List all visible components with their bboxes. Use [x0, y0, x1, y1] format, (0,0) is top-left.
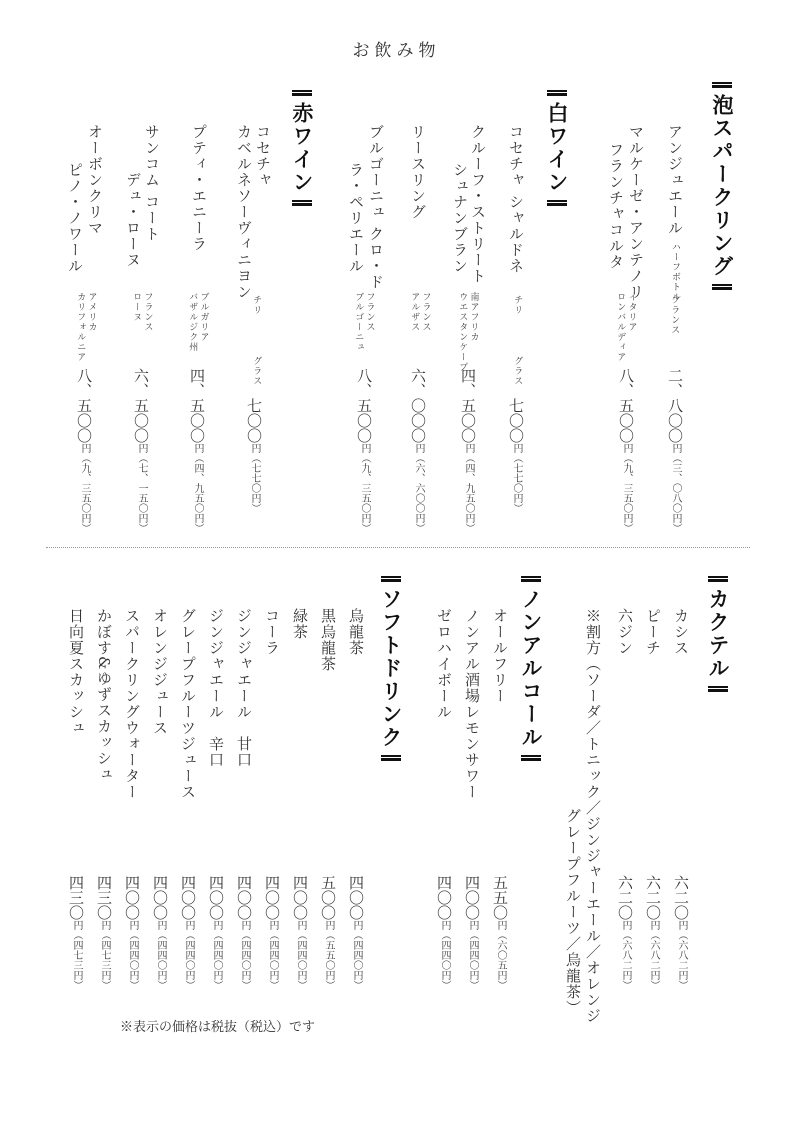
menu-item-name: サンコム コート — [144, 124, 159, 242]
menu-item-name: コセチャ — [255, 124, 270, 188]
menu-item-name: 六ジン — [617, 608, 632, 656]
menu-item-price: 四〇〇円（四四〇円） — [436, 875, 451, 990]
menu-item-price: 六二〇円（六八二円） — [617, 875, 632, 990]
menu-item-name: 烏龍茶 — [348, 608, 363, 656]
menu-item-price: 六、五〇〇円（七、一五〇円） — [133, 368, 148, 533]
menu-item-name: 日向夏スカッシュ — [68, 608, 83, 736]
menu-item-price: 四、五〇〇円（四、九五〇円） — [460, 368, 475, 533]
heading-bar-icon — [381, 755, 401, 761]
origin-label: フランスアルザス — [408, 292, 431, 332]
menu-item-name: マルケーゼ・アンテノリ — [628, 124, 643, 300]
heading-text: 白ワイン — [545, 96, 570, 200]
section-heading-cocktail: カクテル — [708, 576, 729, 692]
menu-item-name: オレンジジュース — [152, 608, 167, 736]
origin-label: チリ — [511, 295, 522, 315]
origin-label: 南アフリカウエスタンケープ — [456, 292, 479, 372]
menu-item-price: 四〇〇円（四四〇円） — [236, 875, 251, 990]
section-heading-white: 白ワイン — [547, 90, 568, 206]
menu-item-price: 八、五〇〇円（九、三五〇円） — [618, 368, 633, 533]
menu-item-name-line2: カベルネソーヴィニヨン — [236, 124, 251, 300]
menu-item-price: 四三〇円（四七三円） — [68, 875, 83, 990]
menu-item-name: オールフリー — [492, 608, 507, 704]
menu-item-price: 六二〇円（六八二円） — [673, 875, 688, 990]
menu-item-price: 五〇〇円（五五〇円） — [320, 875, 335, 990]
menu-item-price: 七〇〇円（七七〇円） — [508, 398, 523, 513]
heading-bar-icon — [712, 284, 732, 290]
origin-label: イタリアロンバルディア — [614, 292, 637, 362]
menu-item-name: ブルゴーニュ クロ・ド — [368, 124, 383, 290]
menu-item-price: 四〇〇円（四四〇円） — [208, 875, 223, 990]
origin-label: アメリカカリフォルニア — [74, 292, 97, 362]
menu-item-price: 八、五〇〇円（九、三五〇円） — [356, 368, 371, 533]
section-heading-nonalcohol: ノンアルコール — [521, 576, 542, 761]
heading-text: 泡スパークリング — [710, 88, 735, 284]
menu-item-name: 緑茶 — [292, 608, 307, 640]
menu-item-name: ジンジャエール 甘口 — [236, 608, 251, 768]
section-heading-softdrink: ソフトドリンク — [381, 576, 402, 761]
menu-item-name: ゼロハイボール — [436, 608, 451, 720]
menu-item-price: 四〇〇円（四四〇円） — [348, 875, 363, 990]
menu-item-name: プティ・エニーラ — [191, 124, 206, 252]
menu-item-name: ジンジャエール 辛口 — [208, 608, 223, 768]
menu-item-name: コーラ — [264, 608, 279, 656]
menu-item-name: クルーフ・ストリート — [470, 124, 485, 284]
menu-item-name: リースリング — [410, 124, 425, 220]
heading-text: 赤ワイン — [290, 96, 315, 200]
heading-text: カクテル — [706, 582, 731, 686]
menu-item-price: 五五〇円（六〇五円） — [492, 875, 507, 990]
menu-item-name: コセチャ シャルドネ — [508, 124, 523, 274]
heading-bar-icon — [547, 200, 567, 206]
section-divider — [46, 547, 750, 548]
menu-item-price: 四〇〇円（四四〇円） — [264, 875, 279, 990]
menu-item-price: 六、〇〇〇円（六、六〇〇円） — [410, 368, 425, 533]
menu-item-price: 四〇〇円（四四〇円） — [124, 875, 139, 990]
menu-item-name: ノンアル酒場レモンサワー — [464, 608, 479, 800]
menu-item-name: ピーチ — [645, 608, 660, 656]
menu-item-name-line2: フランチャコルタ — [608, 142, 623, 270]
menu-item-price: 七〇〇円（七七〇円） — [246, 398, 261, 513]
menu-item-price: 四〇〇円（四四〇円） — [152, 875, 167, 990]
menu-item-price: 四〇〇円（四四〇円） — [464, 875, 479, 990]
page-title: お飲み物 — [0, 36, 793, 61]
menu-item-price: 四三〇円（四七三円） — [96, 875, 111, 990]
heading-text: ノンアルコール — [519, 582, 544, 755]
tax-note: ※表示の価格は税抜（税込）です — [120, 1016, 315, 1035]
menu-item-name: 黒烏龍茶 — [320, 608, 335, 672]
menu-item-name-line2: ラ・ペリエール — [348, 162, 363, 274]
origin-label: フランスローヌ — [130, 292, 153, 332]
heading-bar-icon — [708, 686, 728, 692]
heading-bar-icon — [292, 200, 312, 206]
menu-item-name-line2: ピノ・ノワール — [67, 162, 82, 274]
half-bottle-label: ハーフボトル — [670, 242, 680, 302]
menu-item-price: 四〇〇円（四四〇円） — [180, 875, 195, 990]
menu-item-name: アンジュエールハーフボトル — [667, 124, 682, 302]
menu-item-price: 四〇〇円（四四〇円） — [292, 875, 307, 990]
section-heading-red: 赤ワイン — [292, 90, 313, 206]
menu-item-name: カシス — [673, 608, 688, 656]
menu-item-price: 二、八〇〇円（三、〇八〇円） — [667, 368, 682, 533]
heading-text: ソフトドリンク — [379, 582, 404, 755]
menu-item-name: グレープフルーツジュース — [180, 608, 195, 800]
section-heading-sparkling: 泡スパークリング — [712, 82, 733, 290]
mixer-note-line2: グレープフルーツ／烏龍茶） — [565, 808, 580, 1016]
origin-label: ブルガリアバザルジク州 — [186, 292, 209, 352]
menu-item-price: 六二〇円（六八二円） — [645, 875, 660, 990]
menu-item-name: スパークリングウォーター — [124, 608, 139, 800]
heading-bar-icon — [521, 755, 541, 761]
menu-item-name-line2: シュナンブラン — [452, 162, 467, 274]
menu-item-name-line2: デュ・ローヌ — [125, 172, 140, 268]
origin-label: フランス — [668, 295, 679, 335]
menu-item-name: オーボンクリマ — [87, 124, 102, 236]
origin-label: チリ — [250, 295, 261, 315]
mixer-note: ※割方（ソーダ／トニック／ジンジャーエール／オレンジ — [585, 608, 600, 1024]
origin-label: フランスブルゴーニュ — [352, 292, 375, 352]
menu-item-name: かぼす&ゆずスカッシュ — [96, 608, 111, 782]
glass-label: グラス — [511, 356, 522, 386]
menu-item-price: 四、五〇〇円（四、九五〇円） — [189, 368, 204, 533]
glass-label: グラス — [250, 356, 261, 386]
menu-item-price: 八、五〇〇円（九、三五〇円） — [76, 368, 91, 533]
